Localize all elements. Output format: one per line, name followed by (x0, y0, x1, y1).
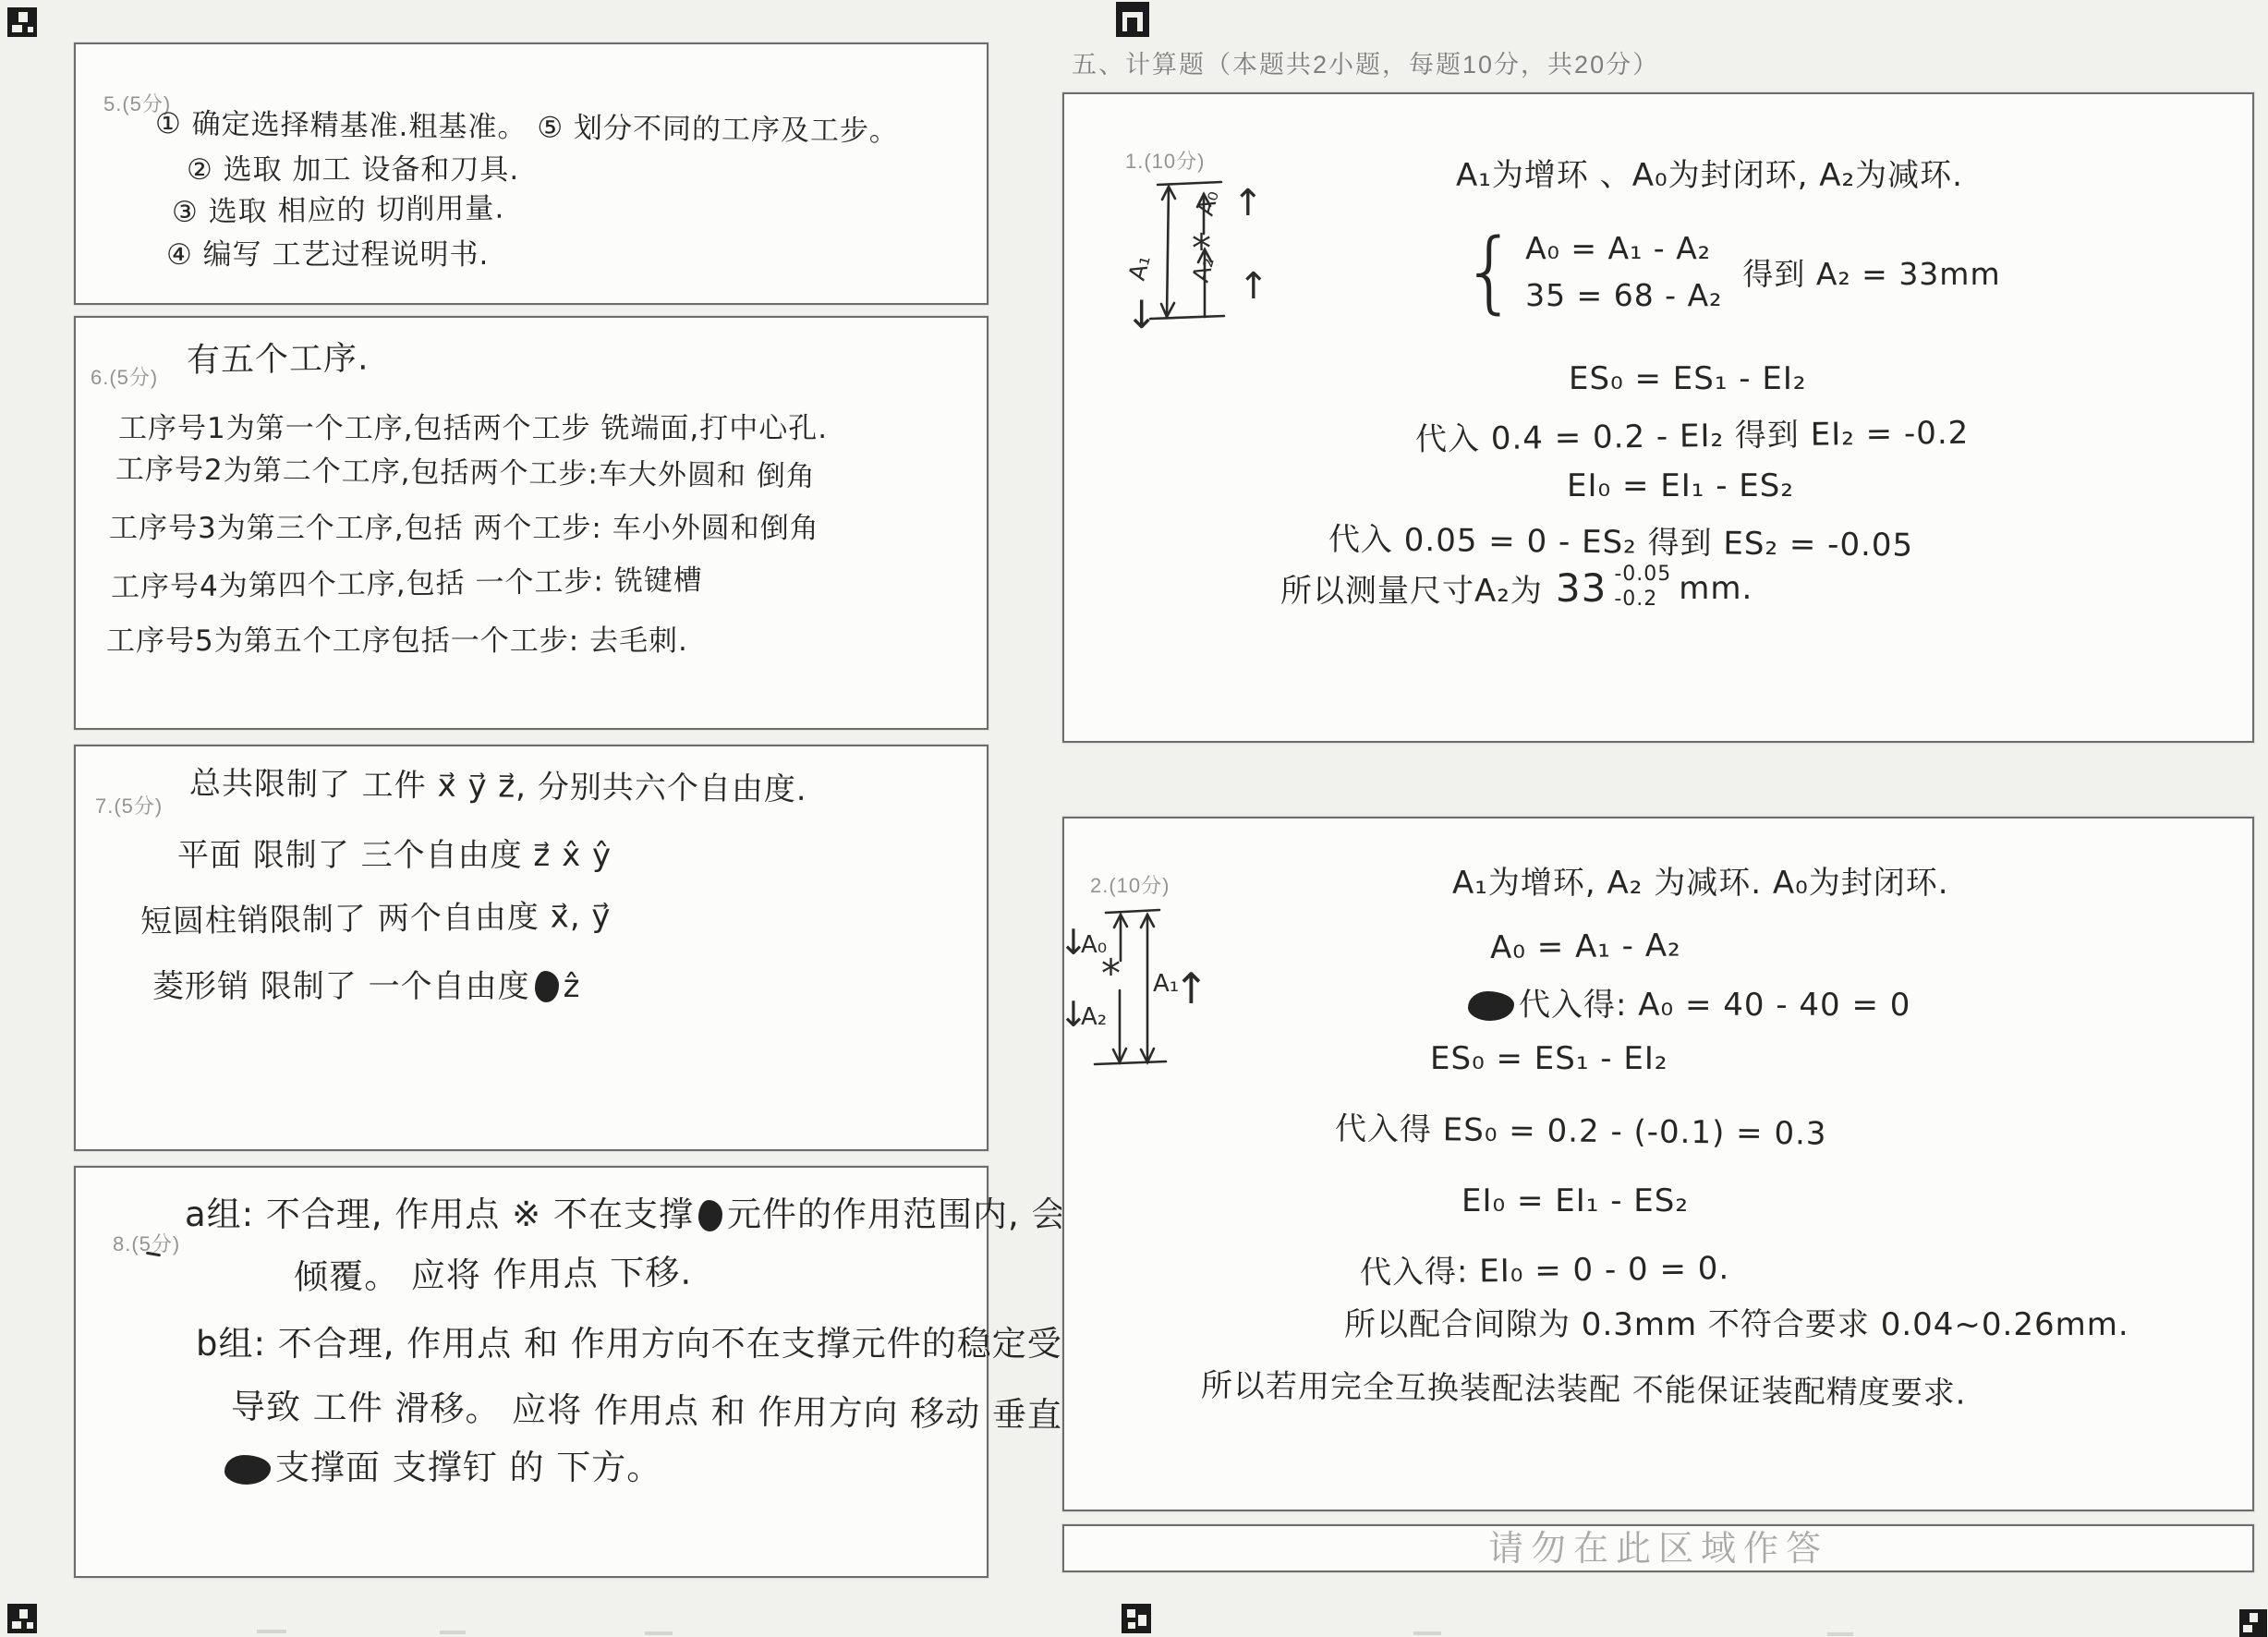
answer-line: 代入 0.05 = 0 - ES₂ 得到 ES₂ = -0.05 (1328, 514, 1914, 565)
answer-line: 代入 0.4 = 0.2 - EI₂ 得到 EI₂ = -0.2 (1415, 407, 1970, 459)
answer-line: 短圆柱销限制了 两个自由度 x⃗, y⃗ (140, 891, 612, 941)
answer-line: 工序号5为第五个工序包括一个工步: 去毛刺. (106, 617, 688, 659)
question-6-label: 6.(5分) (91, 362, 158, 391)
answer-line: 工序号3为第三个工序,包括 两个工步: 车小外圆和倒角 (109, 504, 819, 546)
answer-line: 导致 工件 滑移。 应将 作用点 和 作用方向 移动 垂直于 (231, 1378, 1098, 1437)
dimension-chain-diagram-2: * ↓ A₀ ↓ A₂ A₁ ↑ (1055, 903, 1212, 1088)
answer-line: 代入得 ES₀ = 0.2 - (-0.1) = 0.3 (1335, 1103, 1827, 1154)
answer-line: 平面 限制了 三个自由度 z⃗ x̂ ŷ (177, 830, 612, 875)
answer-line: 倾覆。 应将 作用点 下移. (294, 1244, 693, 1299)
answer-line: 代入得: EI₀ = 0 - 0 = 0. (1360, 1243, 1730, 1292)
answer-line-text: 代入得: A₀ = 40 - 40 = 0 (1519, 987, 1910, 1024)
equation: 35 = 68 - A₂ (1525, 277, 1722, 313)
calc-question-2-label: 2.(10分) (1090, 870, 1170, 899)
scan-artifact (1827, 1632, 1853, 1636)
answer-line-text: 支撑面 支撑钉 的 下方。 (275, 1448, 661, 1487)
answer-line: 有五个工序. (187, 333, 370, 382)
scan-artifact (257, 1630, 286, 1633)
lower-deviation: -0.2 (1614, 588, 1671, 610)
answer-line: 支撑面 支撑钉 的 下方。 (220, 1439, 661, 1489)
dimension-value: 33 (1556, 565, 1607, 611)
answer-line: A₁为增环 、A₀为封闭环, A₂为减环. (1456, 150, 1963, 195)
dimension-chain-diagram-1: * A₀ ↑ A₂ ↑ A₁ ↓ (1120, 169, 1295, 335)
answer-line: 所以若用完全互换装配法装配 不能保证装配精度要求. (1201, 1360, 1967, 1413)
upper-deviation: -0.05 (1614, 564, 1671, 585)
answer-line: 代入得: A₀ = 40 - 40 = 0 (1463, 979, 1910, 1025)
fiducial-marker-top-center-icon (1116, 2, 1149, 37)
answer-line: ③ 选取 相应的 切削用量. (172, 185, 505, 230)
no-answer-zone-box: 请勿在此区域作答 (1062, 1524, 2254, 1572)
dim-label-a2: A₂ (1081, 1003, 1107, 1031)
unit-label: mm. (1679, 570, 1753, 607)
section-title: 五、计算题（本题共2小题，每题10分，共20分） (1072, 44, 1659, 80)
answer-line: A₁为增环, A₂ 为减环. A₀为封闭环. (1452, 857, 1949, 903)
scribble-mark (224, 1455, 271, 1485)
answer-conclusion: 所以测量尺寸A₂为 33 -0.05 -0.2 mm. (1280, 565, 1753, 611)
dim-label-a1: A₁ (1123, 252, 1156, 284)
answer-line: A₀ = A₁ - A₂ (1490, 927, 1681, 966)
up-arrow-icon: ↑ (1238, 265, 1269, 308)
dim-label-a0: A₀ (1192, 188, 1224, 219)
answer-line: ④ 编写 工艺过程说明书. (166, 231, 489, 273)
fiducial-marker-bottom-right-icon (2239, 1609, 2267, 1637)
answer-line: a组: 不合理, 作用点 ※ 不在支撑元件的作用范围内, 会使工件 (185, 1186, 1171, 1236)
answer-line: EI₀ = EI₁ - ES₂ (1461, 1182, 1689, 1219)
brace: { (1461, 227, 1518, 316)
answer-line: 工序号2为第二个工序,包括两个工步:车大外圆和 倒角 (115, 445, 816, 494)
answer-line: 工序号1为第一个工序,包括两个工步 铣端面,打中心孔. (118, 405, 828, 446)
question-7-label: 7.(5分) (95, 791, 163, 819)
scan-artifact (645, 1631, 673, 1635)
equation-system: { A₀ = A₁ - A₂ 35 = 68 - A₂ 得到 A₂ = 33mm (1461, 227, 2001, 316)
conclusion-text: 所以测量尺寸A₂为 (1280, 565, 1543, 611)
answer-line: 菱形销 限制了 一个自由度ẑ (152, 961, 580, 1006)
scanned-answer-sheet: 5.(5分) ① 确定选择精基准.粗基准。 ⑤ 划分不同的工序及工步。 ② 选取… (0, 0, 2268, 1637)
down-arrow-icon: ↓ (1125, 292, 1158, 337)
no-answer-zone-text: 请勿在此区域作答 (1064, 1526, 2252, 1572)
answer-line: EI₀ = EI₁ - ES₂ (1567, 467, 1794, 504)
answer-line: 工序号4为第四个工序,包括 一个工步: 铣键槽 (111, 556, 703, 605)
scan-artifact (440, 1631, 466, 1634)
fiducial-marker-bottom-left-icon (7, 1604, 37, 1633)
answer-line: 总共限制了 工件 x⃗ y⃗ z⃗, 分别共六个自由度. (189, 758, 807, 809)
dim-label-a2: A₂ (1187, 254, 1219, 285)
equation-result: 得到 A₂ = 33mm (1742, 250, 2000, 294)
answer-line-text: a组: 不合理, 作用点 ※ 不在支撑 (185, 1194, 694, 1234)
fiducial-marker-top-left-icon (7, 7, 37, 37)
dim-label-a0: A₀ (1081, 931, 1107, 959)
scribble-mark (1468, 991, 1514, 1021)
fiducial-marker-bottom-center-icon (1122, 1604, 1151, 1633)
answer-line-text: 菱形销 限制了 一个自由度 (152, 968, 530, 1005)
answer-line: b组: 不合理, 作用点 和 作用方向不在支撑元件的稳定受力区, 会 (196, 1316, 1191, 1365)
equation: A₀ = A₁ - A₂ (1525, 230, 1722, 266)
up-arrow-icon: ↑ (1232, 182, 1264, 224)
answer-line: ES₀ = ES₁ - EI₂ (1569, 360, 1807, 397)
answer-line: ② 选取 加工 设备和刀具. (187, 146, 519, 188)
scribble-mark (698, 1200, 722, 1231)
answer-line: ES₀ = ES₁ - EI₂ (1430, 1040, 1668, 1077)
answer-line: ① 确定选择精基准.粗基准。 ⑤ 划分不同的工序及工步。 (155, 100, 899, 149)
scribble-mark (535, 971, 559, 1002)
scan-artifact (1413, 1631, 1441, 1635)
up-arrow-icon: ↑ (1173, 964, 1209, 1013)
answer-line: 所以配合间隙为 0.3mm 不符合要求 0.04~0.26mm. (1344, 1299, 2129, 1344)
answer-line-text: ẑ (564, 968, 581, 1005)
